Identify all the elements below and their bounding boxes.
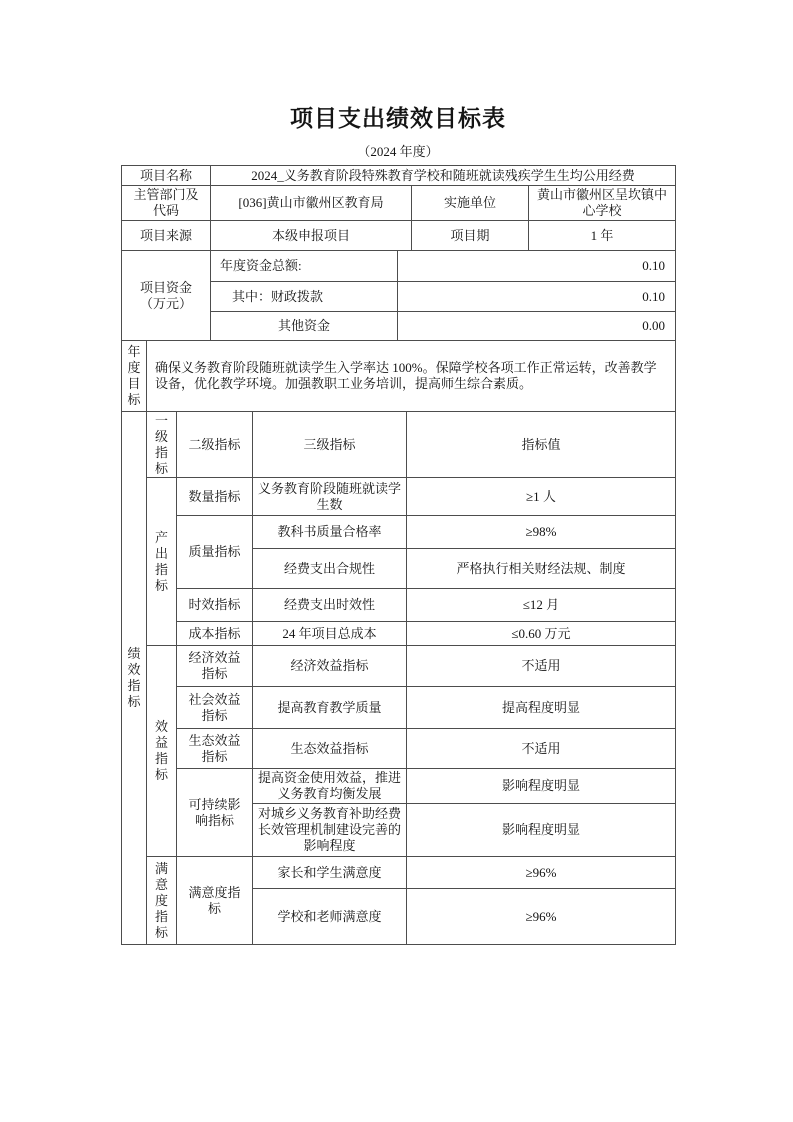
- indicator-l3: 提高教育教学质量: [253, 687, 407, 729]
- group-satisfaction-label: 满 意 度 指 标: [147, 857, 177, 945]
- indicator-value: ≤0.60 万元: [407, 622, 676, 646]
- header-level3: 三级指标: [253, 412, 407, 478]
- header-level1: 一 级 指 标: [147, 412, 177, 478]
- indicator-value: 影响程度明显: [407, 769, 676, 804]
- funds-other-label: 其他资金: [211, 312, 398, 341]
- indicator-l3: 经济效益指标: [253, 646, 407, 687]
- document-page: 项目支出绩效目标表 （2024 年度） 项目名称 2024_义务教育阶段特殊教育…: [0, 0, 793, 1122]
- indicator-l3: 教科书质量合格率: [253, 516, 407, 549]
- project-funds-table: 项目资金 （万元） 年度资金总额: 0.10 其中：财政拨款 0.10 其他资金…: [121, 250, 676, 341]
- annual-goal-text: 确保义务教育阶段随班就读学生入学率达 100%。保障学校各项工作正常运转，改善教…: [147, 341, 676, 412]
- indicator-value: ≥1 人: [407, 478, 676, 516]
- indicator-l3: 义务教育阶段随班就读学 生数: [253, 478, 407, 516]
- source-label: 项目来源: [122, 221, 211, 251]
- indicator-value: 不适用: [407, 729, 676, 769]
- indicators-table: 绩 效 指 标 一 级 指 标 二级指标 三级指标 指标值 产 出 指 标 数量…: [121, 411, 676, 945]
- indicator-l2: 质量指标: [177, 516, 253, 589]
- group-benefit-label: 效 益 指 标: [147, 646, 177, 857]
- indicator-l2: 满意度指 标: [177, 857, 253, 945]
- funds-fiscal-label: 其中：财政拨款: [211, 282, 398, 312]
- indicator-l2: 成本指标: [177, 622, 253, 646]
- indicator-value: 提高程度明显: [407, 687, 676, 729]
- indicator-value: 不适用: [407, 646, 676, 687]
- indicator-l3: 提高资金使用效益，推进 义务教育均衡发展: [253, 769, 407, 804]
- period-label: 项目期: [412, 221, 529, 251]
- dept-value: [036]黄山市徽州区教育局: [211, 186, 412, 221]
- funds-total-value: 0.10: [398, 251, 676, 282]
- indicators-side-label: 绩 效 指 标: [122, 412, 147, 945]
- indicator-value: ≥96%: [407, 857, 676, 889]
- indicator-value: ≥96%: [407, 889, 676, 945]
- project-info-table: 项目名称 2024_义务教育阶段特殊教育学校和随班就读残疾学生生均公用经费 主管…: [121, 165, 676, 251]
- indicator-l2: 经济效益 指标: [177, 646, 253, 687]
- funds-label: 项目资金 （万元）: [122, 251, 211, 341]
- funds-fiscal-value: 0.10: [398, 282, 676, 312]
- header-value: 指标值: [407, 412, 676, 478]
- page-subtitle: （2024 年度）: [121, 144, 675, 160]
- indicator-l3: 经费支出合规性: [253, 549, 407, 589]
- indicator-l3: 家长和学生满意度: [253, 857, 407, 889]
- indicator-value: 影响程度明显: [407, 804, 676, 857]
- indicator-value: 严格执行相关财经法规、制度: [407, 549, 676, 589]
- page-title: 项目支出绩效目标表: [121, 106, 675, 132]
- group-output-label: 产 出 指 标: [147, 478, 177, 646]
- source-value: 本级申报项目: [211, 221, 412, 251]
- indicator-l2: 社会效益 指标: [177, 687, 253, 729]
- indicator-l3: 对城乡义务教育补助经费 长效管理机制建设完善的 影响程度: [253, 804, 407, 857]
- indicator-value: ≤12 月: [407, 589, 676, 622]
- indicator-l2: 数量指标: [177, 478, 253, 516]
- impl-unit-label: 实施单位: [412, 186, 529, 221]
- indicator-l3: 24 年项目总成本: [253, 622, 407, 646]
- impl-unit-value: 黄山市徽州区呈坎镇中 心学校: [529, 186, 676, 221]
- indicator-l3: 生态效益指标: [253, 729, 407, 769]
- funds-other-value: 0.00: [398, 312, 676, 341]
- annual-goal-label: 年 度 目 标: [122, 341, 147, 412]
- funds-total-label: 年度资金总额:: [211, 251, 398, 282]
- annual-goal-table: 年 度 目 标 确保义务教育阶段随班就读学生入学率达 100%。保障学校各项工作…: [121, 340, 676, 412]
- document-header: 项目支出绩效目标表 （2024 年度）: [121, 0, 675, 160]
- project-name-value: 2024_义务教育阶段特殊教育学校和随班就读残疾学生生均公用经费: [211, 166, 676, 186]
- indicator-l2: 可持续影 响指标: [177, 769, 253, 857]
- indicator-value: ≥98%: [407, 516, 676, 549]
- indicator-l2: 时效指标: [177, 589, 253, 622]
- dept-label: 主管部门及 代码: [122, 186, 211, 221]
- header-level2: 二级指标: [177, 412, 253, 478]
- indicator-l3: 学校和老师满意度: [253, 889, 407, 945]
- project-name-label: 项目名称: [122, 166, 211, 186]
- indicator-l2: 生态效益 指标: [177, 729, 253, 769]
- period-value: 1 年: [529, 221, 676, 251]
- indicator-l3: 经费支出时效性: [253, 589, 407, 622]
